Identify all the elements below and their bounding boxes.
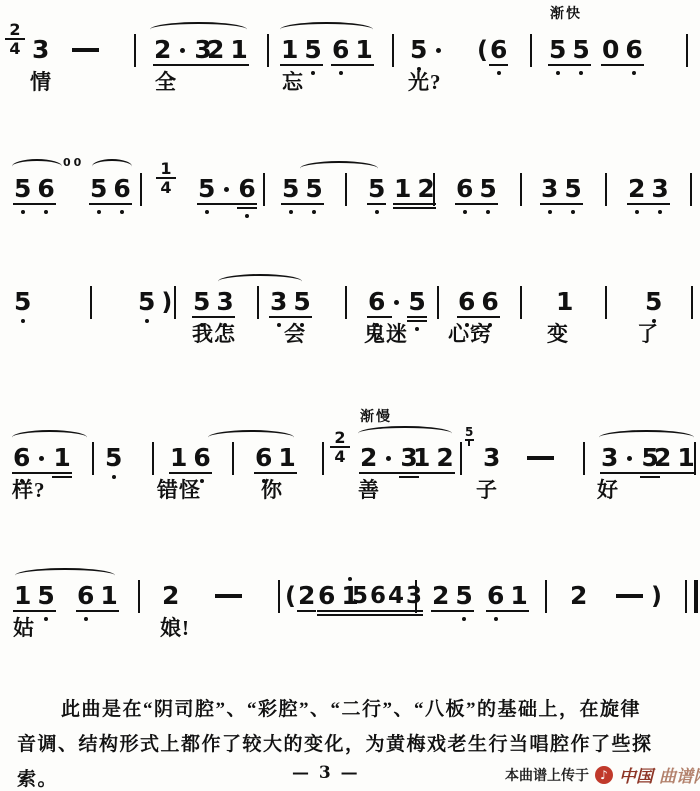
note-digit-glyph: 5 [293,287,310,316]
lyric-syllable: 光? [408,70,442,94]
note-group: ) [651,584,662,608]
time-signature-denominator: 4 [5,40,25,57]
note-digit: 1 [278,446,295,470]
eighth-beam-line [650,203,669,205]
sixteenth-beam-line [52,476,71,478]
note-group: 5 [410,38,444,62]
note-group: 1 [556,290,573,314]
note-digit-glyph [433,35,442,64]
note-digit: 3 [483,446,500,470]
note-digit-glyph: 2 [207,35,224,64]
note-digit: 1 [14,584,31,608]
note-digit-glyph: 5 [37,581,54,610]
barline [140,173,142,206]
tempo-mark: 渐快 [550,3,582,23]
note-digit: 3 [216,290,233,314]
eighth-beam-line [454,610,473,612]
eighth-beam-line [280,64,305,66]
note-digit: 2 [570,584,587,608]
note-digit: 5 [564,177,581,201]
note-digit-glyph: 2 [432,581,449,610]
note-digit: 3 [651,177,668,201]
eighth-beam-line [89,203,114,205]
score-system: 005656145 655512653523 [0,177,700,249]
low-octave-dot [635,210,639,214]
lyric-syllable: 变 [547,322,569,346]
note-digit: 1 [170,446,187,470]
time-signature-numerator: 1 [156,160,176,179]
note-digit: 6 [318,584,335,608]
note-digit-glyph: 1 [53,443,70,472]
sixteenth-beam-line [317,614,342,616]
augmentation-dot [391,290,402,314]
note-digit-glyph: 5 [645,287,662,316]
note-group: 61 [487,584,528,608]
eighth-beam-line [297,610,316,612]
note-digit: 5 [37,584,54,608]
note-digit-glyph: 3 [483,443,500,472]
barline [263,173,265,206]
note-digit-glyph: 5 [368,174,385,203]
note-digit: ( [477,38,488,62]
note-digit-glyph [36,443,45,472]
note-digit: 5 [305,177,322,201]
augmentation-dot [36,446,47,470]
note-digit-glyph: 6 [456,174,473,203]
slur [358,426,452,441]
eighth-beam-line [99,610,118,612]
sustain-dash [527,456,554,460]
barline [278,580,280,613]
note-group: 55 [549,38,590,62]
note-digit-glyph: 5 [564,174,581,203]
barline [90,286,92,319]
eighth-beam-line [627,203,652,205]
note-digit: 5 [572,38,589,62]
note-group: 5 [14,290,31,314]
note-group: 3 [483,446,500,470]
time-signature: 14 [156,160,176,196]
grace-note-hook-stem [468,441,470,446]
eighth-beam-line [281,203,306,205]
low-octave-dot [312,210,316,214]
note-digit: 5 [645,290,662,314]
rest-marks: 00 [63,156,84,169]
note-digit: ) [161,290,172,314]
eighth-beam-line [455,203,480,205]
lyric-syllable: 你 [261,478,283,502]
note-digit: 2 [628,177,645,201]
note-digit: 0 [602,38,619,62]
eighth-beam-line [600,472,625,474]
note-digit: 5 [90,177,107,201]
watermark-brand-primary: 中国 [619,762,653,787]
lyric-syllable: 我怎 [192,322,236,346]
eighth-beam-line [367,316,392,318]
eighth-beam-line [676,472,695,474]
note-digit: 5 [282,177,299,201]
note-digit-glyph: 6 [255,443,272,472]
note-digit: 6 [113,177,130,201]
barline [267,34,269,67]
low-octave-dot [494,617,498,621]
note-digit-glyph [391,287,400,316]
note-digit: 2 [207,38,224,62]
note-digit-glyph [624,443,633,472]
score-system: 渐快2432 32115615 (65506情全忘光? [0,38,700,110]
note-digit-glyph: 1 [281,35,298,64]
low-octave-dot [112,475,116,479]
barline [152,442,154,475]
eighth-beam-line [192,316,217,318]
augmentation-dot [433,38,444,62]
note-digit-glyph: 1 [100,581,117,610]
note-group: 61 [255,446,296,470]
note-group: 2 [570,584,587,608]
note-digit: 6 [238,177,255,201]
note-digit: 5 [549,38,566,62]
note-digit: 2 [162,584,179,608]
note-group: 6 5 [368,290,426,314]
eighth-beam-line [548,64,573,66]
note-digit-glyph: 5 [352,583,368,609]
eighth-beam-line [435,472,454,474]
note-digit-glyph: 5 [549,35,566,64]
note-digit-glyph: 6 [37,174,54,203]
eighth-beam-line [393,203,418,205]
note-digit-glyph: 2 [360,443,377,472]
note-digit: 3 [541,177,558,201]
note-digit-glyph: 3 [32,35,49,64]
low-octave-dot [97,210,101,214]
eighth-beam-line [571,64,590,66]
lyric-syllable: 忘 [282,70,304,94]
barline [92,442,94,475]
eighth-beam-line [486,610,511,612]
eighth-beam-line [153,64,178,66]
augmentation-dot [624,446,635,470]
note-digit: 6 [458,290,475,314]
eighth-beam-line [13,203,38,205]
note-digit-glyph: 6 [368,287,385,316]
note-group: 21 [654,446,695,470]
note-digit: 5 [198,177,215,201]
eighth-beam-line [169,472,194,474]
low-octave-dot [245,214,249,218]
low-octave-dot [277,323,281,327]
note-digit-glyph: 5 [282,174,299,203]
barline [520,286,522,319]
low-octave-dot [463,210,467,214]
sustain-dash [215,594,242,598]
lyric-syllable: 全 [155,70,177,94]
low-octave-dot [289,210,293,214]
eighth-beam-line [237,203,256,205]
note-digit-glyph [177,35,186,64]
note-group: 21 [207,38,248,62]
low-octave-dot [339,71,343,75]
note-digit-glyph: 5 [90,174,107,203]
eighth-beam-line [36,610,55,612]
lyric-syllable: 鬼迷 [364,322,408,346]
note-digit: 2 [432,584,449,608]
note-group: 16 [170,446,211,470]
note-group: 2 3 [360,446,418,470]
eighth-beam-line [304,203,323,205]
note-digit-glyph: 0 [602,35,619,64]
eighth-beam-line [431,610,456,612]
note-group: (2 [285,584,315,608]
sustain-dash [72,48,99,52]
eighth-beam-line [12,472,37,474]
note-digit: 6 [456,177,473,201]
eighth-beam-line [197,203,222,205]
eighth-beam-line [367,203,386,205]
eighth-beam-line [601,64,626,66]
slur [12,159,62,174]
note-digit-glyph: 5 [479,174,496,203]
eighth-beam-line [489,64,508,66]
final-barline [685,580,698,613]
augmentation-dot [221,177,232,201]
sustain-dash [616,594,643,598]
score-system: 渐慢6 151661242 312533 521样?错怪你善子好 [0,446,700,518]
note-digit: 6 [490,38,507,62]
note-digit-glyph: 1 [230,35,247,64]
note-digit-glyph: ( [477,36,488,64]
note-digit-glyph: 6 [113,174,130,203]
grace-note-hook [465,439,474,447]
note-group: 15 [281,38,322,62]
note-digit-glyph: 2 [654,443,671,472]
note-group: 2 3 [154,38,212,62]
note-digit-glyph: 2 [570,581,587,610]
eighth-beam-line [292,316,311,318]
note-digit-glyph: 3 [651,174,668,203]
low-octave-dot [548,210,552,214]
sixteenth-beam-line [399,476,418,478]
note-digit-glyph: 1 [413,443,430,472]
note-digit-glyph: 1 [556,287,573,316]
note-digit: 4 [388,584,404,608]
low-octave-dot [571,210,575,214]
low-octave-dot [486,210,490,214]
note-digit: 1 [355,38,372,62]
note-group: 6 1 [13,446,71,470]
eighth-beam-line [206,64,231,66]
note-digit-glyph: 1 [394,174,411,203]
low-octave-dot [658,210,662,214]
note-group: 5 6 [198,177,256,201]
note-group: 5643 [352,584,424,608]
page-number: — 3 — [292,763,360,783]
note-digit-glyph: 5 [304,35,321,64]
note-digit-glyph: 5 [455,581,472,610]
low-octave-dot [579,71,583,75]
sheet-music-page: 渐快2432 32115615 (65506情全忘光?005656145 655… [0,0,700,791]
lyric-syllable: 心窍 [448,322,492,346]
note-digit-glyph: 1 [510,581,527,610]
note-digit-glyph: 6 [13,443,30,472]
barline [686,34,688,67]
barline [605,173,607,206]
time-signature-numerator: 2 [330,429,350,448]
low-octave-dot [84,617,88,621]
lyric-syllable: 情 [30,70,52,94]
note-digit-glyph: 6 [370,583,386,609]
eighth-beam-line [359,472,384,474]
music-note-logo-icon: ♪ [595,766,613,784]
score-system: 55)53356 56615我怎会鬼迷心窍变了 [0,290,700,362]
note-digit-glyph: 3 [541,174,558,203]
note-digit: 6 [193,446,210,470]
eighth-beam-line [76,610,101,612]
eighth-beam-line [457,316,482,318]
low-octave-dot [415,327,419,331]
eighth-beam-line [215,316,234,318]
barline [257,286,259,319]
barline [415,580,417,613]
note-group: 2 [162,584,179,608]
note-digit-glyph: 4 [388,583,404,609]
barline [392,34,394,67]
barline [583,442,585,475]
note-digit-glyph: 2 [162,581,179,610]
eighth-beam-line [112,203,131,205]
note-group: 15 [14,584,55,608]
eighth-beam-line [509,610,528,612]
low-octave-dot [120,210,124,214]
note-digit: 5 [352,584,368,608]
sixteenth-beam-line [407,320,426,322]
note-digit-glyph: 5 [305,174,322,203]
note-digit-glyph: 5 [105,443,122,472]
note-group: 3 5 [601,446,659,470]
lyric-syllable: 善 [358,478,380,502]
low-octave-dot [44,210,48,214]
eighth-beam-line [13,610,38,612]
note-digit: ) [651,584,662,608]
low-octave-dot [21,319,25,323]
note-digit-glyph: 6 [481,287,498,316]
note-digit: 5 [455,584,472,608]
note-digit: 1 [230,38,247,62]
note-digit: 6 [255,446,272,470]
low-octave-dot [632,71,636,75]
note-group: 12 [394,177,435,201]
note-group: 53 [193,290,234,314]
note-digit: 5 [138,290,155,314]
time-signature: 24 [330,429,350,465]
note-digit-glyph: 1 [355,35,372,64]
note-digit: 1 [281,38,298,62]
barline [545,580,547,613]
note-digit: 5 [304,38,321,62]
grace-note: 5 [465,427,474,447]
note-digit-glyph: 2 [628,174,645,203]
note-digit-glyph: 2 [298,581,315,610]
eighth-beam-line [52,472,71,474]
low-octave-dot [21,210,25,214]
note-group: 56 [90,177,131,201]
note-digit: 1 [100,584,117,608]
note-group: 12 [413,446,454,470]
note-group: 35 [270,290,311,314]
lyric-syllable: 娘! [160,616,190,640]
low-octave-dot [145,319,149,323]
low-octave-dot [556,71,560,75]
note-digit-glyph: 3 [270,287,287,316]
note-group: 5 [645,290,662,314]
eighth-beam-line [229,64,248,66]
lyric-syllable: 好 [597,478,619,502]
note-digit: 6 [487,584,504,608]
note-digit: 1 [510,584,527,608]
note-group: 25 [432,584,473,608]
note-digit: 2 [360,446,377,470]
time-signature-numerator: 2 [5,21,25,40]
note-digit-glyph: 3 [601,443,618,472]
note-digit: 5 [105,446,122,470]
note-digit: ( [285,584,296,608]
eighth-beam-line [317,610,342,612]
note-group: 23 [628,177,669,201]
note-group: 61 [332,38,373,62]
slur [92,159,132,174]
note-digit-glyph: 5 [572,35,589,64]
note-digit-glyph: 5 [138,287,155,316]
lyric-syllable: 了 [637,322,659,346]
note-digit: 2 [654,446,671,470]
barline [138,580,140,613]
barline [520,173,522,206]
lyric-syllable: 子 [476,478,498,502]
note-digit-glyph [221,174,230,203]
low-octave-dot [462,617,466,621]
eighth-beam-line [192,472,211,474]
eighth-beam-line [563,203,582,205]
note-group: 66 [458,290,499,314]
tempo-mark: 渐慢 [360,406,392,426]
note-digit-glyph: 3 [216,287,233,316]
note-group: 5 [105,446,122,470]
note-digit-glyph: 6 [77,581,94,610]
note-digit: 3 [601,446,618,470]
score-area: 渐快2432 32115615 (65506情全忘光?005656145 655… [0,0,700,791]
lyric-syllable: 样? [12,478,46,502]
note-digit-glyph: 6 [193,443,210,472]
barline [433,173,435,206]
barline [691,286,693,319]
barline [134,34,136,67]
note-digit: 2 [436,446,453,470]
lyric-syllable: 会 [284,322,306,346]
note-group: 35 [541,177,582,201]
note-digit-glyph: 5 [193,287,210,316]
note-digit-glyph: 2 [436,443,453,472]
note-digit-glyph: 6 [487,581,504,610]
time-signature: 24 [5,21,25,57]
note-digit-glyph [383,443,392,472]
score-system: 15612(261564325612)姑娘! [0,584,700,656]
note-group: 3 [32,38,49,62]
note-digit-glyph: 6 [625,35,642,64]
note-digit: 1 [677,446,694,470]
barline [605,286,607,319]
note-digit: 1 [556,290,573,314]
low-octave-dot [375,210,379,214]
barline [345,173,347,206]
